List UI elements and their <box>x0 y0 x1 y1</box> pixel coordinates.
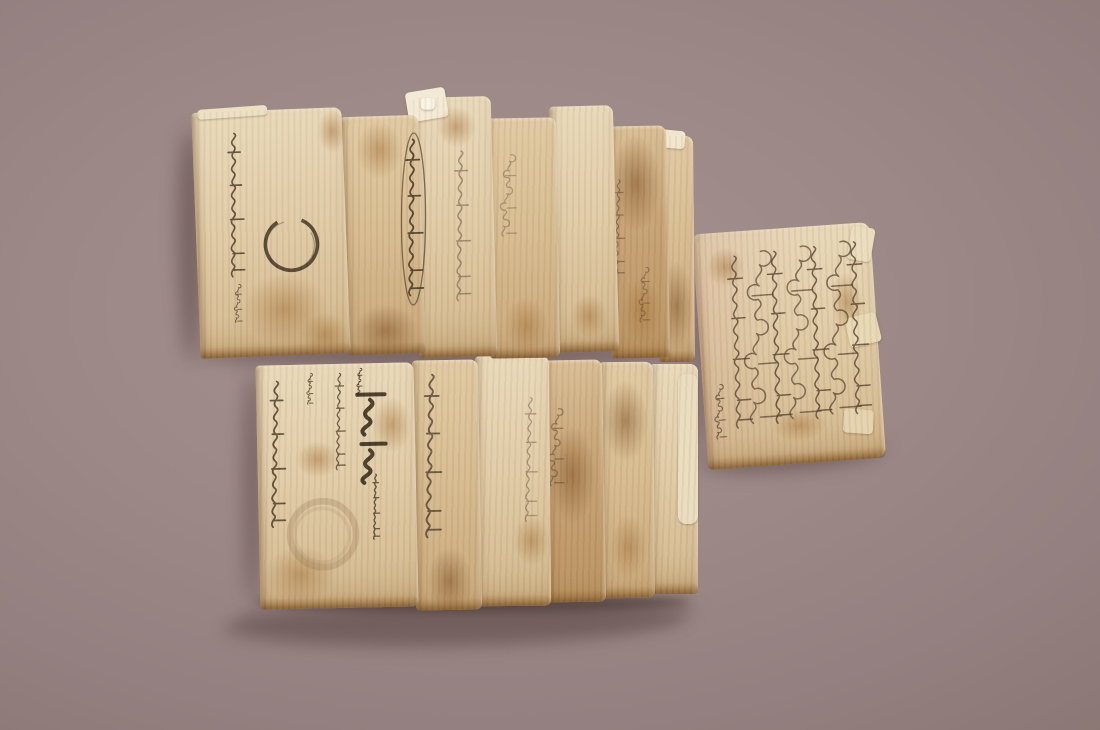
paper-stain <box>429 98 484 155</box>
edge-ink-layer <box>412 359 482 610</box>
paper-stain <box>346 109 412 191</box>
paper-stain <box>563 285 615 346</box>
edge-ink-layer <box>340 115 425 355</box>
paper-stain <box>495 285 558 366</box>
bottom-stack-booklet-3-edge <box>475 356 551 607</box>
bottom-stack-booklet-2-edge <box>412 359 482 610</box>
ink-column <box>817 241 863 414</box>
ink-marks <box>306 373 313 404</box>
paper-stain <box>614 265 670 356</box>
edge-ink-layer <box>413 96 498 358</box>
paper-stain <box>506 506 557 576</box>
top-stack-booklet-3-edge <box>413 96 498 358</box>
ink-column <box>226 133 246 276</box>
paper-stain <box>364 386 420 463</box>
officials-inscription-column <box>334 373 346 469</box>
date-inscription-column <box>269 381 287 527</box>
ink-column <box>500 155 517 236</box>
ink-column <box>777 246 823 419</box>
paper-dogear <box>843 408 875 434</box>
ink-signature-column <box>713 384 727 439</box>
cover-ink-layer <box>191 107 350 359</box>
edge-ink-layer <box>486 117 560 358</box>
right-booklet <box>692 222 886 470</box>
photo-stage <box>0 0 1100 730</box>
title-inscription-column <box>357 368 388 540</box>
ink-column <box>453 151 472 301</box>
top-stack-booklet-2-edge <box>340 115 425 355</box>
ink-bold-column <box>357 394 386 483</box>
ink-column <box>737 250 783 423</box>
bottom-stack-cover-booklet <box>255 362 418 609</box>
ink-column <box>804 246 833 418</box>
ink-column <box>638 267 650 321</box>
bottom-stack-booklet-6-edge <box>650 364 698 594</box>
ink-column <box>844 241 873 413</box>
ink-marks <box>357 368 363 395</box>
ink-column <box>725 256 754 428</box>
date-inscription-column <box>226 133 248 322</box>
cover-ink-layer <box>255 362 418 609</box>
paper-stain <box>595 366 656 477</box>
ink-column <box>548 409 564 486</box>
paper-stain <box>249 534 351 616</box>
ink-column <box>334 373 346 469</box>
ink-column <box>423 375 442 538</box>
edge-ink-layer <box>544 360 606 603</box>
edge-ink-layer <box>475 356 551 607</box>
paper-stain <box>602 502 655 592</box>
bottom-stack-booklet-4-edge <box>544 360 606 603</box>
paper-stain <box>287 434 348 485</box>
paper-stain <box>760 401 839 450</box>
paper-torn-edge <box>678 374 698 524</box>
seal-stamp-faded <box>289 501 356 568</box>
top-stack-booklet-4-edge <box>486 117 560 358</box>
paper-stain <box>697 238 755 296</box>
paper-dogear <box>844 311 882 348</box>
manuscript-text-columns <box>692 222 886 470</box>
paper-stain <box>822 258 872 347</box>
ink-column <box>269 381 287 527</box>
ink-column <box>765 251 794 423</box>
paper-shading <box>692 222 886 470</box>
ink-marks <box>234 284 243 322</box>
audience-inscription <box>306 373 313 404</box>
paper-dogear <box>846 225 876 263</box>
ink-circle-mark <box>256 208 328 280</box>
paper-scrap <box>197 105 268 120</box>
paper-stain <box>223 257 347 362</box>
top-stack-cover-booklet <box>191 107 350 359</box>
ink-column <box>372 474 380 539</box>
bottom-stack-booklet-5-edge <box>599 362 655 598</box>
ink-column <box>524 398 537 522</box>
paper-highlight <box>421 97 435 109</box>
